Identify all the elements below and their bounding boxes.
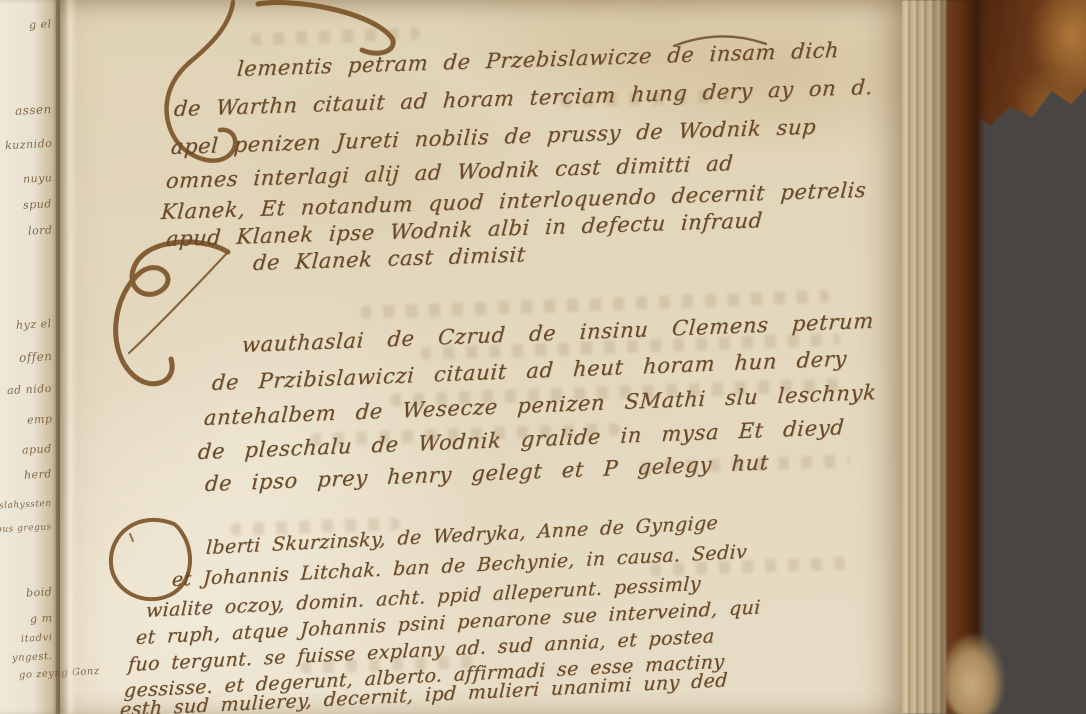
marginal-fragment: ad nido	[7, 382, 52, 397]
marginal-fragment: slahyssten	[0, 499, 52, 512]
marginal-fragment: spud	[23, 197, 52, 211]
marginal-fragment: kuznido	[4, 137, 52, 152]
marginal-fragment: itadvi	[20, 632, 52, 645]
marginal-fragment: apud	[22, 442, 52, 457]
marginal-fragment: nebus gregus	[0, 522, 52, 536]
marginal-fragment: assen	[15, 102, 52, 118]
binding-tail-highlight	[944, 634, 1004, 714]
marginal-fragment: boid	[25, 585, 52, 599]
underlying-page-edge: g el assen kuznido nuyu spud lord hyz el…	[0, 0, 60, 714]
marginal-fragment: g m	[29, 611, 52, 625]
marginal-fragment: nuyu	[22, 171, 52, 186]
marginal-fragment: herd	[24, 467, 53, 481]
marginal-fragment: emp	[26, 412, 52, 426]
manuscript-photo: C S A lementis petram de Przebislawicze …	[0, 0, 1086, 714]
marginal-fragment: offen	[18, 349, 52, 365]
marginal-fragment: lord	[27, 223, 52, 237]
marginal-fragment: g el	[29, 17, 52, 31]
marginal-fragment: hyz el	[16, 317, 52, 332]
page-fold-shadow	[56, 0, 78, 714]
marginal-fragment: yngest.	[11, 651, 52, 664]
